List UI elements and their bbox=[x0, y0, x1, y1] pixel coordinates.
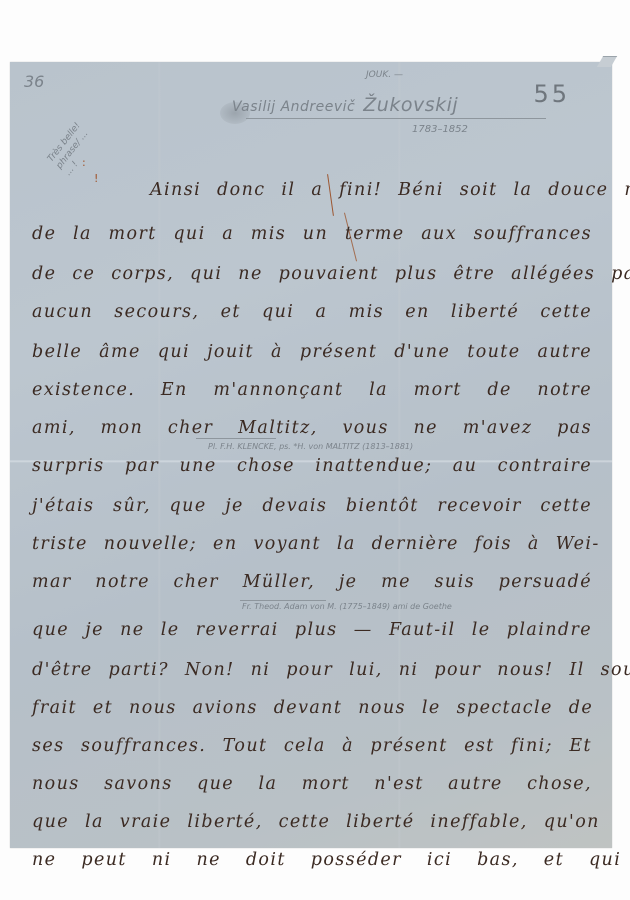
letter-line: surpris par une chose inattendue; au con… bbox=[32, 456, 592, 476]
letter-line: frait et nous avions devant nous le spec… bbox=[32, 698, 592, 718]
margin-note: Très belle! phrase/ ... ... ! bbox=[46, 121, 101, 178]
interlinear-annotation: Fr. Theod. Adam von M. (1775–1849) ami d… bbox=[242, 602, 452, 611]
letter-line: de ce corps, qui ne pouvaient plus être … bbox=[32, 264, 592, 284]
author-header-abbrev: JOUK. — bbox=[366, 70, 403, 80]
torn-corner bbox=[597, 56, 617, 67]
letter-line: existence. En m'annonçant la mort de not… bbox=[32, 380, 592, 400]
author-given-names: Vasilij Andreevič bbox=[232, 99, 355, 115]
annotation-underline bbox=[196, 438, 276, 439]
author-attribution: Vasilij AndreevičŽukovskij bbox=[232, 94, 458, 116]
letter-line: ami, mon cher Maltitz, vous ne m'avez pa… bbox=[32, 418, 592, 438]
author-surname: Žukovskij bbox=[363, 94, 458, 116]
folio-number-right: 55 bbox=[533, 80, 570, 108]
letter-line: aucun secours, et qui a mis en liberté c… bbox=[32, 302, 592, 322]
letter-line: belle âme qui jouit à présent d'une tout… bbox=[32, 342, 592, 362]
letter-line: Ainsi donc il a fini! Béni soit la douce… bbox=[150, 180, 592, 200]
author-dates: 1783–1852 bbox=[412, 124, 468, 135]
red-ink-marks: : bbox=[82, 156, 86, 169]
letter-line: d'être parti? Non! ni pour lui, ni pour … bbox=[32, 660, 592, 680]
letter-line: que la vraie liberté, cette liberté inef… bbox=[32, 812, 592, 832]
letter-line: ne peut ni ne doit posséder ici bas, et … bbox=[32, 850, 532, 870]
folio-number-left: 36 bbox=[24, 72, 44, 91]
annotation-underline bbox=[240, 600, 326, 601]
letter-line: de la mort qui a mis un terme aux souffr… bbox=[32, 224, 592, 244]
letter-line: que je ne le reverrai plus — Faut-il le … bbox=[32, 620, 592, 640]
letter-line: nous savons que la mort n'est autre chos… bbox=[32, 774, 592, 794]
letter-line: triste nouvelle; en voyant la dernière f… bbox=[32, 534, 592, 554]
letter-line: mar notre cher Müller, je me suis persua… bbox=[32, 572, 592, 592]
letter-line: ses souffrances. Tout cela à présent est… bbox=[32, 736, 592, 756]
red-ink-marks: ! bbox=[94, 172, 98, 185]
letter-line: j'étais sûr, que je devais bientôt recev… bbox=[32, 496, 592, 516]
interlinear-annotation: Pl. F.H. KLENCKE, ps. *H. von MALTITZ (1… bbox=[208, 442, 413, 451]
letter-page: 36 55 Très belle! phrase/ ... ... ! JOUK… bbox=[10, 62, 612, 848]
author-underline bbox=[246, 118, 546, 119]
